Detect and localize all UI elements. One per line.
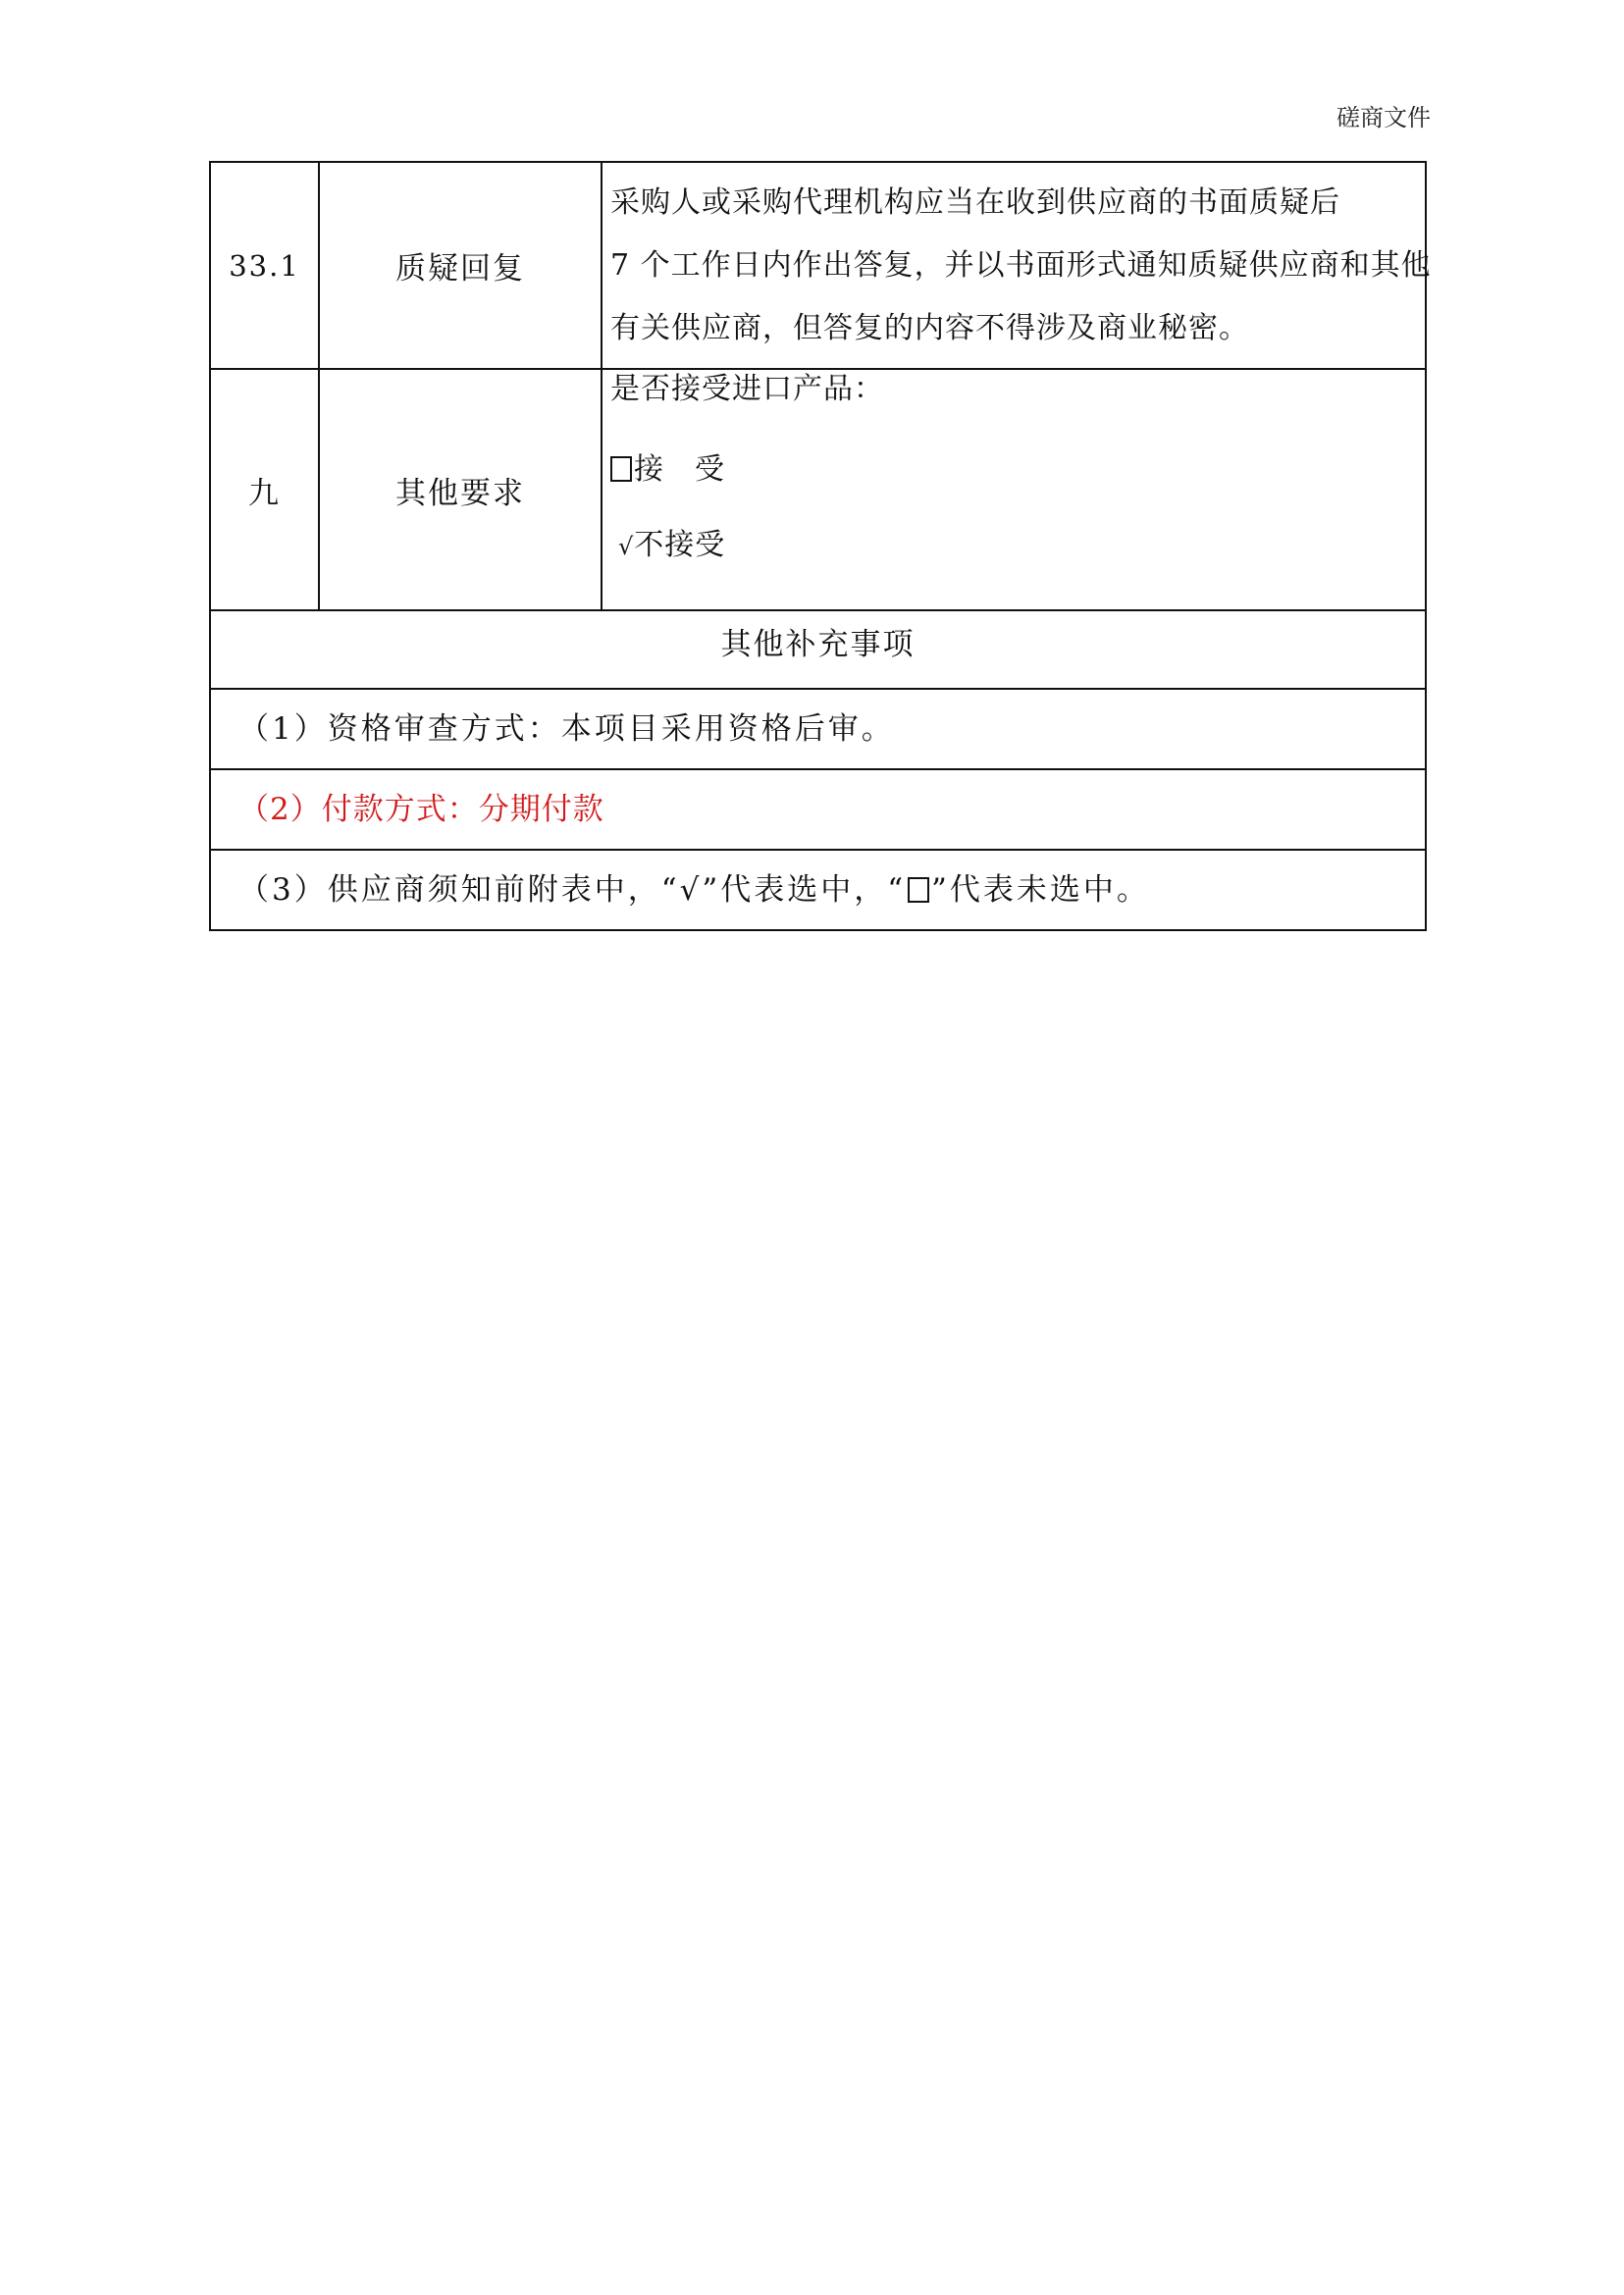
import-products-block: 是否接受进口产品： 接 受 √不接受 [602, 370, 1425, 580]
note-symbol-legend: （3）供应商须知前附表中，“√”代表选中，“”代表未选中。 [210, 850, 1426, 930]
row-number-cell: 九 [210, 369, 319, 610]
empty-checkbox-icon [610, 456, 632, 482]
import-products-question: 是否接受进口产品： [610, 370, 1417, 429]
note-legend-suffix: ”代表未选中。 [931, 872, 1150, 908]
document-header-title: 磋商文件 [1336, 98, 1431, 132]
table-row-question-reply: 33.1 质疑回复 采购人或采购代理机构应当在收到供应商的书面质疑后 7 个工作… [210, 162, 1426, 369]
row-name-cell: 质疑回复 [319, 162, 602, 369]
table-row-note: （3）供应商须知前附表中，“√”代表选中，“”代表未选中。 [210, 850, 1426, 930]
row-name: 质疑回复 [395, 251, 525, 287]
table-row-supplement-title: 其他补充事项 [210, 610, 1426, 689]
option-accept: 接 受 [610, 429, 1417, 511]
empty-checkbox-icon [908, 877, 929, 903]
row-name: 其他要求 [395, 476, 525, 511]
check-mark-icon: √ [680, 872, 703, 908]
bidding-info-table: 33.1 质疑回复 采购人或采购代理机构应当在收到供应商的书面质疑后 7 个工作… [209, 161, 1427, 931]
description-line: 有关供应商，但答复的内容不得涉及商业秘密。 [610, 297, 1419, 360]
row-description-cell: 是否接受进口产品： 接 受 √不接受 [602, 369, 1426, 610]
note-legend-middle: ”代表选中，“ [702, 872, 906, 908]
option-accept-label: 接 受 [634, 452, 725, 487]
question-reply-description: 采购人或采购代理机构应当在收到供应商的书面质疑后 7 个工作日内作出答复，并以书… [602, 170, 1425, 362]
row-number: 33.1 [229, 249, 300, 283]
description-line: 7 个工作日内作出答复，并以书面形式通知质疑供应商和其他 [610, 235, 1419, 297]
row-description-cell: 采购人或采购代理机构应当在收到供应商的书面质疑后 7 个工作日内作出答复，并以书… [602, 162, 1426, 369]
row-name-cell: 其他要求 [319, 369, 602, 610]
option-not-accept: √不接受 [610, 511, 1417, 580]
note-payment-method: （2）付款方式：分期付款 [210, 769, 1426, 850]
table-row-note: （1）资格审查方式：本项目采用资格后审。 [210, 689, 1426, 769]
supplement-title: 其他补充事项 [210, 610, 1426, 689]
description-line: 采购人或采购代理机构应当在收到供应商的书面质疑后 [610, 172, 1419, 235]
table-row-other-requirements: 九 其他要求 是否接受进口产品： 接 受 √不接受 [210, 369, 1426, 610]
note-qualification-review: （1）资格审查方式：本项目采用资格后审。 [210, 689, 1426, 769]
row-number: 九 [248, 476, 281, 511]
table-row-note: （2）付款方式：分期付款 [210, 769, 1426, 850]
note-legend-prefix: （3）供应商须知前附表中，“ [238, 872, 680, 908]
option-not-accept-label: 不接受 [634, 528, 725, 562]
check-mark-icon: √ [618, 512, 634, 581]
row-number-cell: 33.1 [210, 162, 319, 369]
